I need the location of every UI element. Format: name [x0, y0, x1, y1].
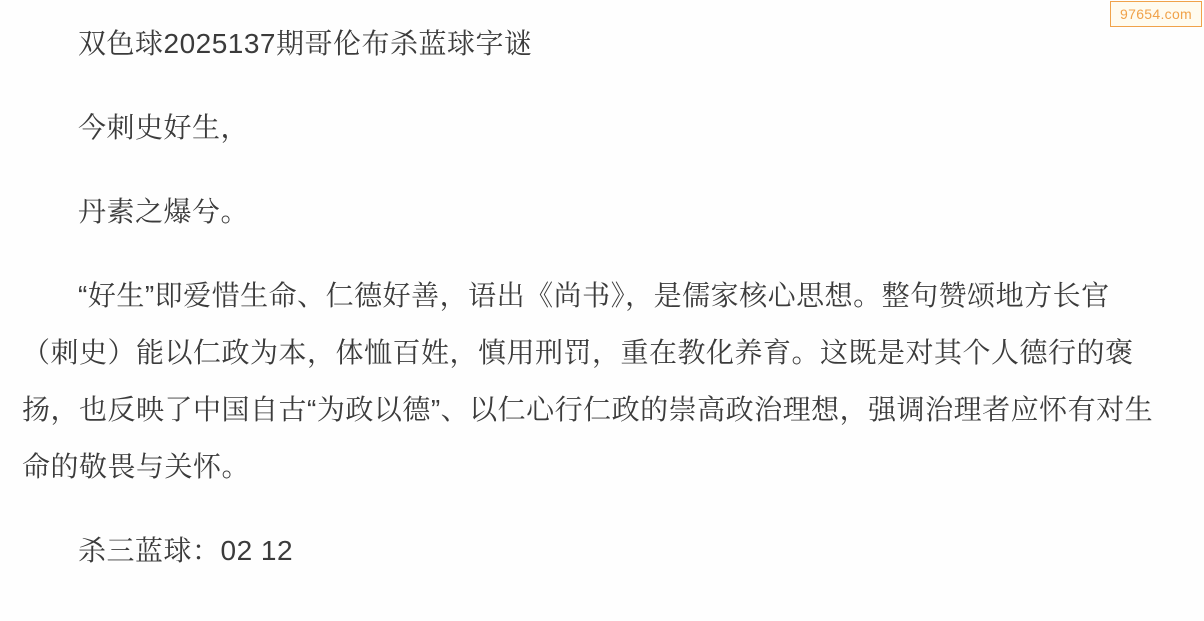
article-body: 双色球2025137期哥伦布杀蓝球字谜 今刺史好生， 丹素之爆兮。 “好生”即爱… — [0, 0, 1204, 579]
riddle-line-1: 今刺史好生， — [22, 99, 1166, 156]
article-title: 双色球2025137期哥伦布杀蓝球字谜 — [22, 15, 1166, 72]
riddle-explanation: “好生”即爱惜生命、仁德好善，语出《尚书》，是儒家核心思想。整句赞颂地方长官（刺… — [22, 267, 1166, 495]
article-page: 97654.com 双色球2025137期哥伦布杀蓝球字谜 今刺史好生， 丹素之… — [0, 0, 1204, 621]
kill-blue-balls-line: 杀三蓝球：02 12 — [22, 522, 1166, 579]
riddle-line-2: 丹素之爆兮。 — [22, 183, 1166, 240]
site-watermark-badge: 97654.com — [1110, 1, 1202, 27]
